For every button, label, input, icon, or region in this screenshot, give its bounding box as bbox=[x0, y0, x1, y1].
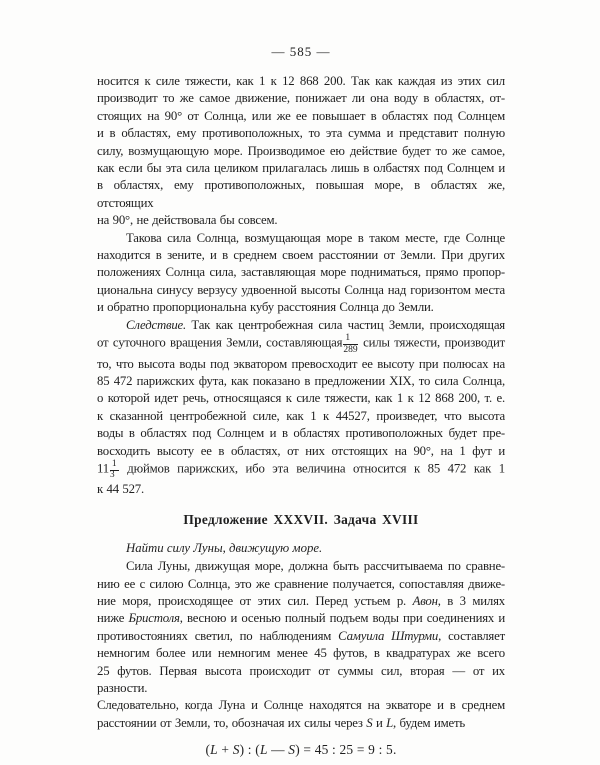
text-segment: S bbox=[233, 742, 240, 757]
text-segment: 11 bbox=[97, 462, 109, 476]
text-segment: к сказанной центробежной силе, как 1 к 4… bbox=[97, 409, 505, 423]
text-segment: L bbox=[210, 742, 218, 757]
text-segment: Самуила Штурми bbox=[338, 629, 438, 643]
text-segment: L bbox=[260, 742, 268, 757]
text-segment: Авон bbox=[413, 594, 438, 608]
proportion-formula: (L + S) : (L — S) = 45 : 25 = 9 : 5. bbox=[97, 742, 505, 758]
text-segment: 85 472 парижских фута, как показано в пр… bbox=[97, 374, 505, 388]
text-segment: на 90°, не действовала бы совсем. bbox=[97, 213, 277, 227]
paragraph-sun-force: Такова сила Солнца, возмущающая море в т… bbox=[97, 230, 505, 317]
text-line: Сила Луны, движущая море, должна быть ра… bbox=[97, 558, 505, 575]
text-segment: стоящих на 90° от Солнца, или же ее повы… bbox=[97, 109, 505, 123]
text-segment: ниже bbox=[97, 611, 128, 625]
text-line: то, что высота воды под экватором превос… bbox=[97, 356, 505, 373]
paragraph-corollary: Следствие. Так как центробежная сила час… bbox=[97, 317, 505, 499]
text-segment: Бристоля bbox=[128, 611, 179, 625]
text-line: ниже Бристоля, весною и осенью полный по… bbox=[97, 610, 505, 627]
text-segment: Так как центробежная сила частиц Земли, … bbox=[186, 318, 505, 332]
text-segment: воды в областях под Солнцем и в областях… bbox=[97, 426, 505, 440]
fraction-numerator: 1 bbox=[343, 334, 357, 345]
text-segment: + bbox=[218, 742, 233, 757]
text-line: силу, возмущающую море. Производимое ею … bbox=[97, 143, 505, 160]
text-segment: циональна синусу верзусу удвоенной высот… bbox=[97, 283, 505, 297]
text-line: Следовательно, когда Луна и Солнце наход… bbox=[97, 697, 505, 714]
text-segment: , в 3 милях bbox=[438, 594, 505, 608]
text-segment: и в областях, ему противоположных, то эт… bbox=[97, 126, 505, 140]
text-segment: немногим более или немногим менее 45 фут… bbox=[97, 646, 505, 660]
fraction: 1289 bbox=[343, 334, 357, 355]
text-segment: о которой идет речь, относящаяся к силе … bbox=[97, 391, 505, 405]
text-line: расстоянии от Земли, то, обозначая их си… bbox=[97, 715, 505, 732]
text-segment: положениях Солнца сила, заставляющая мор… bbox=[97, 265, 505, 279]
text-line: 85 472 парижских фута, как показано в пр… bbox=[97, 373, 505, 390]
text-segment: Такова сила Солнца, возмущающая море в т… bbox=[126, 231, 505, 245]
text-line: как если бы эта сила целиком прилагалась… bbox=[97, 160, 505, 177]
text-segment: восходить высоту ее в областях, от них о… bbox=[97, 444, 505, 458]
text-segment: то, что высота воды под экватором превос… bbox=[97, 357, 505, 371]
text-line: немногим более или немногим менее 45 фут… bbox=[97, 645, 505, 662]
text-line: ние моря, происходящее от этих сил. Пере… bbox=[97, 593, 505, 610]
text-segment: ние моря, происходящее от этих сил. Пере… bbox=[97, 594, 413, 608]
paragraph-continuation: носится к силе тяжести, как 1 к 12 868 2… bbox=[97, 73, 505, 230]
text-line: носится к силе тяжести, как 1 к 12 868 2… bbox=[97, 73, 505, 90]
text-segment: силы тяжести, производит bbox=[359, 336, 505, 350]
text-segment: производит то же самое движение, понижае… bbox=[97, 91, 505, 105]
text-line: Следствие. Так как центробежная сила час… bbox=[97, 317, 505, 334]
text-segment: находится в зените, и в среднем своем ра… bbox=[97, 248, 505, 262]
book-page: — 585 — носится к силе тяжести, как 1 к … bbox=[0, 0, 600, 765]
text-segment: , будем иметь bbox=[393, 716, 465, 730]
text-segment: в областях, ему противоположных, повышая… bbox=[97, 178, 505, 209]
text-segment: ) = 45 : 25 = 9 : 5. bbox=[295, 742, 396, 757]
text-segment: к 44 527. bbox=[97, 482, 144, 496]
text-segment: , составляет bbox=[438, 629, 505, 643]
text-segment: от суточного вращения Земли, составляюща… bbox=[97, 336, 342, 350]
fraction-denominator: 3 bbox=[110, 471, 119, 481]
text-segment: дюймов парижских, ибо эта величина относ… bbox=[120, 462, 505, 476]
text-line: 1113 дюймов парижских, ибо эта величина … bbox=[97, 460, 505, 481]
text-segment: Следствие. bbox=[126, 318, 186, 332]
text-segment: как если бы эта сила целиком прилагалась… bbox=[97, 161, 505, 175]
text-line: положениях Солнца сила, заставляющая мор… bbox=[97, 264, 505, 281]
text-segment: и bbox=[372, 716, 386, 730]
text-line: в областях, ему противоположных, повышая… bbox=[97, 177, 505, 212]
text-segment: расстоянии от Земли, то, обозначая их си… bbox=[97, 716, 366, 730]
text-segment: силу, возмущающую море. Производимое ею … bbox=[97, 144, 505, 158]
text-segment: , весною и осенью полный подъем воды при… bbox=[180, 611, 505, 625]
text-line: Такова сила Солнца, возмущающая море в т… bbox=[97, 230, 505, 247]
text-line: и обратно пропорциональна кубу расстояни… bbox=[97, 299, 505, 316]
text-segment: Сила Луны, движущая море, должна быть ра… bbox=[126, 559, 505, 573]
text-line: воды в областях под Солнцем и в областях… bbox=[97, 425, 505, 442]
problem-statement: Найти силу Луны, движущую море. bbox=[97, 540, 505, 557]
text-line: производит то же самое движение, понижае… bbox=[97, 90, 505, 107]
page-number: — 585 — bbox=[97, 44, 505, 60]
text-line: и в областях, ему противоположных, то эт… bbox=[97, 125, 505, 142]
text-segment: — bbox=[268, 742, 289, 757]
text-line: от суточного вращения Земли, составляюща… bbox=[97, 334, 505, 355]
text-line: о которой идет речь, относящаяся к силе … bbox=[97, 390, 505, 407]
text-line: противостояниях светил, по наблюдениям С… bbox=[97, 628, 505, 645]
fraction-numerator: 1 bbox=[110, 460, 119, 471]
section-heading: Предложение XXXVII. Задача XVIII bbox=[97, 512, 505, 528]
text-segment: и обратно пропорциональна кубу расстояни… bbox=[97, 300, 434, 314]
text-line: 25 футов. Первая высота происходит от су… bbox=[97, 663, 505, 698]
text-segment: L bbox=[386, 716, 393, 730]
text-line: циональна синусу верзусу удвоенной высот… bbox=[97, 282, 505, 299]
text-line: к 44 527. bbox=[97, 481, 505, 498]
text-line: стоящих на 90° от Солнца, или же ее повы… bbox=[97, 108, 505, 125]
text-segment: нию ее с силою Солнца, это же сравнение … bbox=[97, 577, 505, 591]
text-segment: Следовательно, когда Луна и Солнце наход… bbox=[97, 698, 505, 712]
text-line: нию ее с силою Солнца, это же сравнение … bbox=[97, 576, 505, 593]
text-line: восходить высоту ее в областях, от них о… bbox=[97, 443, 505, 460]
fraction: 13 bbox=[110, 460, 119, 481]
text-segment: противостояниях светил, по наблюдениям bbox=[97, 629, 338, 643]
text-segment: 25 футов. Первая высота происходит от су… bbox=[97, 664, 505, 695]
text-segment: носится к силе тяжести, как 1 к 12 868 2… bbox=[97, 74, 505, 88]
paragraph-moon-force: Сила Луны, движущая море, должна быть ра… bbox=[97, 558, 505, 732]
text-line: находится в зените, и в среднем своем ра… bbox=[97, 247, 505, 264]
text-segment: ) : ( bbox=[240, 742, 260, 757]
text-block: — 585 — носится к силе тяжести, как 1 к … bbox=[97, 44, 505, 758]
fraction-denominator: 289 bbox=[343, 345, 357, 355]
text-line: к сказанной центробежной силе, как 1 к 4… bbox=[97, 408, 505, 425]
text-line: на 90°, не действовала бы совсем. bbox=[97, 212, 505, 229]
